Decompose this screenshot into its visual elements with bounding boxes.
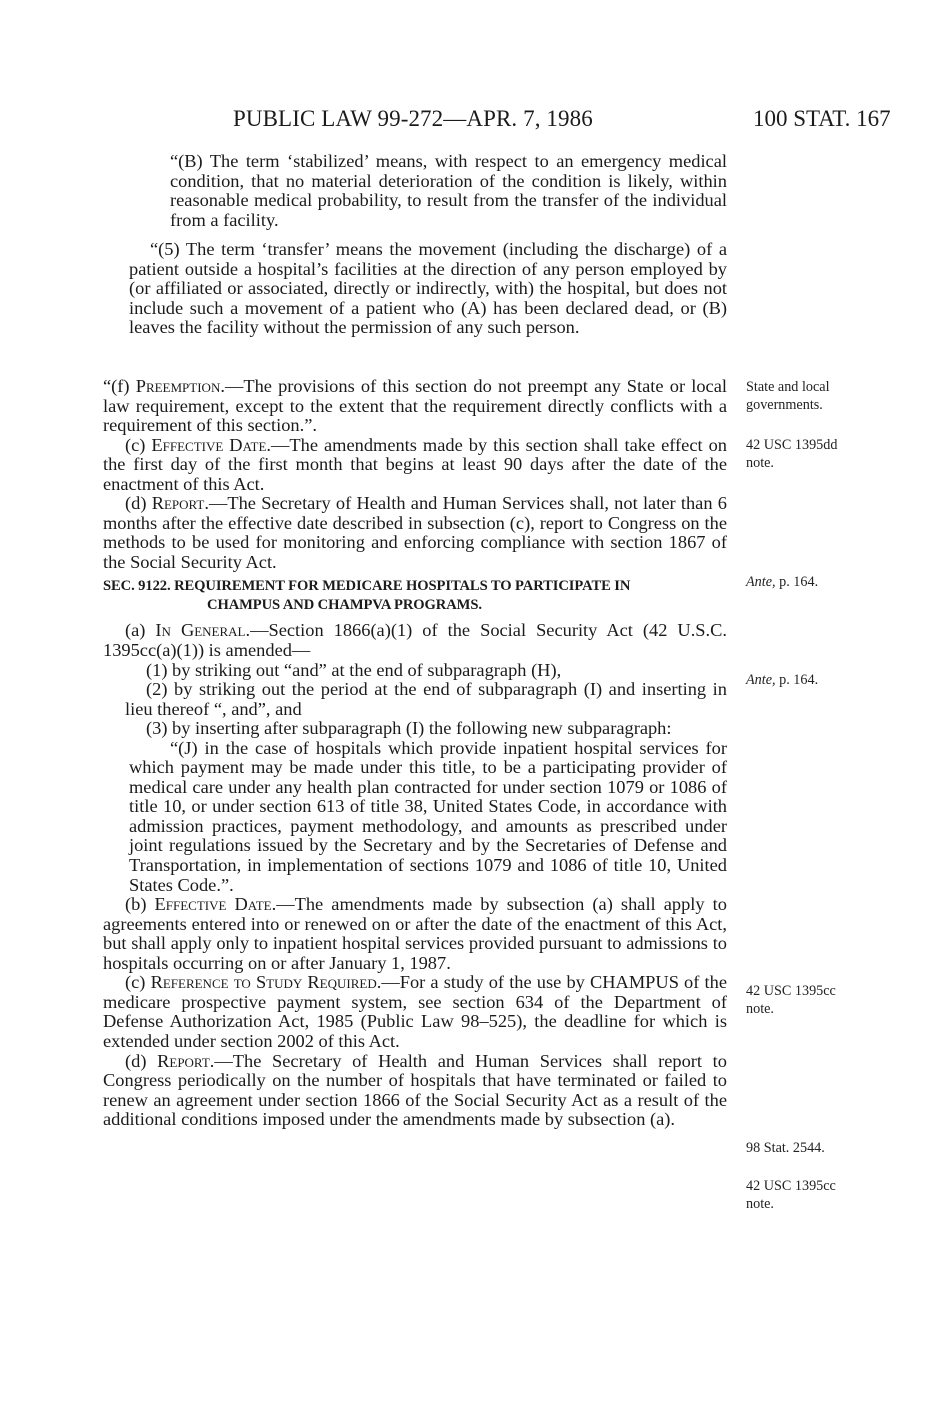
paragraph-d-report: (d) Report.—The Secretary of Health and … (103, 494, 727, 572)
heading-report: Report (152, 493, 205, 513)
margin-note-98stat2544: 98 Stat. 2544. (746, 1140, 825, 1158)
body-column-transfer: “(5) The term ‘transfer’ means the movem… (129, 240, 727, 338)
heading-preemption: Preemption (136, 376, 221, 396)
running-header: PUBLIC LAW 99-272—APR. 7, 1986 100 STAT.… (0, 106, 940, 142)
quoted-subparagraph-j: “(J) in the case of hospitals which prov… (103, 739, 727, 895)
paragraph-b-effective-date: (b) Effective Date.—The amendments made … (103, 895, 727, 973)
body-column-main: “(f) Preemption.—The provisions of this … (103, 377, 727, 1130)
paragraph-a-in-general: (a) In General.—Section 1866(a)(1) of th… (103, 621, 727, 660)
paragraph-5-transfer: “(5) The term ‘transfer’ means the movem… (129, 240, 727, 338)
bleed-through-mark (760, 200, 763, 216)
amendment-item-2: (2) by striking out the period at the en… (103, 680, 727, 719)
margin-note-42usc1395dd: 42 USC 1395dd note. (746, 437, 837, 472)
section-9122-heading: SEC. 9122. REQUIREMENT FOR MEDICARE HOSP… (103, 577, 727, 615)
statute-page: PUBLIC LAW 99-272—APR. 7, 1986 100 STAT.… (0, 0, 940, 1409)
margin-note-ante-164: Ante, p. 164. (746, 574, 818, 592)
margin-note-42usc1395cc: 42 USC 1395cc note. (746, 983, 836, 1018)
page-title: PUBLIC LAW 99-272—APR. 7, 1986 (233, 106, 593, 132)
margin-note-42usc1395cc-2: 42 USC 1395cc note. (746, 1178, 836, 1213)
paragraph-f-preemption: “(f) Preemption.—The provisions of this … (103, 377, 727, 436)
paragraph-b-stabilized: “(B) The term ‘stabilized’ means, with r… (170, 152, 727, 230)
stat-page-number: 100 STAT. 167 (753, 106, 891, 132)
paragraph-d-report-2: (d) Report.—The Secretary of Health and … (103, 1052, 727, 1130)
heading-report-2: Report (157, 1051, 210, 1071)
heading-reference-to-study: Reference to Study Required (151, 972, 377, 992)
margin-note-ante-164-2: Ante, p. 164. (746, 672, 818, 690)
paragraph-c-effective-date: (c) Effective Date.—The amendments made … (103, 436, 727, 495)
margin-note-state-local: State and local governments. (746, 379, 830, 414)
body-column-quoted-definitions: “(B) The term ‘stabilized’ means, with r… (170, 152, 727, 230)
amendment-item-3: (3) by inserting after subparagraph (I) … (103, 719, 727, 739)
heading-effective-date: Effective Date (151, 435, 266, 455)
amendment-item-1: (1) by striking out “and” at the end of … (103, 661, 727, 681)
heading-in-general: In General (155, 620, 245, 640)
paragraph-c-reference-to-study: (c) Reference to Study Required.—For a s… (103, 973, 727, 1051)
heading-effective-date-2: Effective Date (155, 894, 272, 914)
